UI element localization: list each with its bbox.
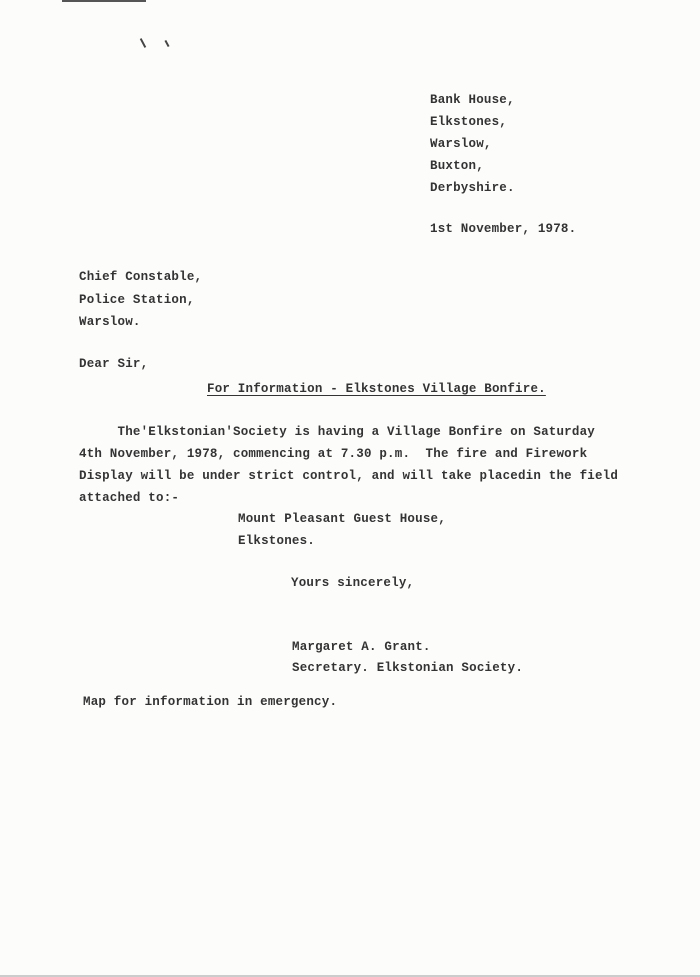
recipient-line: Chief Constable, [79,266,202,289]
recipient-line: Warslow. [79,311,141,334]
letter-page: Bank House, Elkstones, Warslow, Buxton, … [0,0,700,977]
signatory-title: Secretary. Elkstonian Society. [292,657,523,680]
venue-line: Mount Pleasant Guest House, [238,508,446,531]
scan-speck [164,40,169,47]
closing: Yours sincerely, [291,572,414,595]
signatory-name: Margaret A. Grant. [292,636,431,659]
letter-date: 1st November, 1978. [430,218,576,241]
address-line: Bank House, [430,89,515,112]
scan-edge-mark [62,0,146,2]
body-line: Display will be under strict control, an… [79,465,618,488]
scan-speck [140,38,146,48]
postscript: Map for information in emergency. [83,691,337,714]
salutation: Dear Sir, [79,353,148,376]
address-line: Warslow, [430,133,492,156]
venue-line: Elkstones. [238,530,315,553]
body-line: The'Elkstonian'Society is having a Villa… [79,421,595,444]
subject-line: For Information - Elkstones Village Bonf… [207,378,546,401]
address-line: Derbyshire. [430,177,515,200]
body-line: attached to:- [79,487,179,510]
address-line: Elkstones, [430,111,507,134]
address-line: Buxton, [430,155,484,178]
body-line: 4th November, 1978, commencing at 7.30 p… [79,443,587,466]
recipient-line: Police Station, [79,289,195,312]
